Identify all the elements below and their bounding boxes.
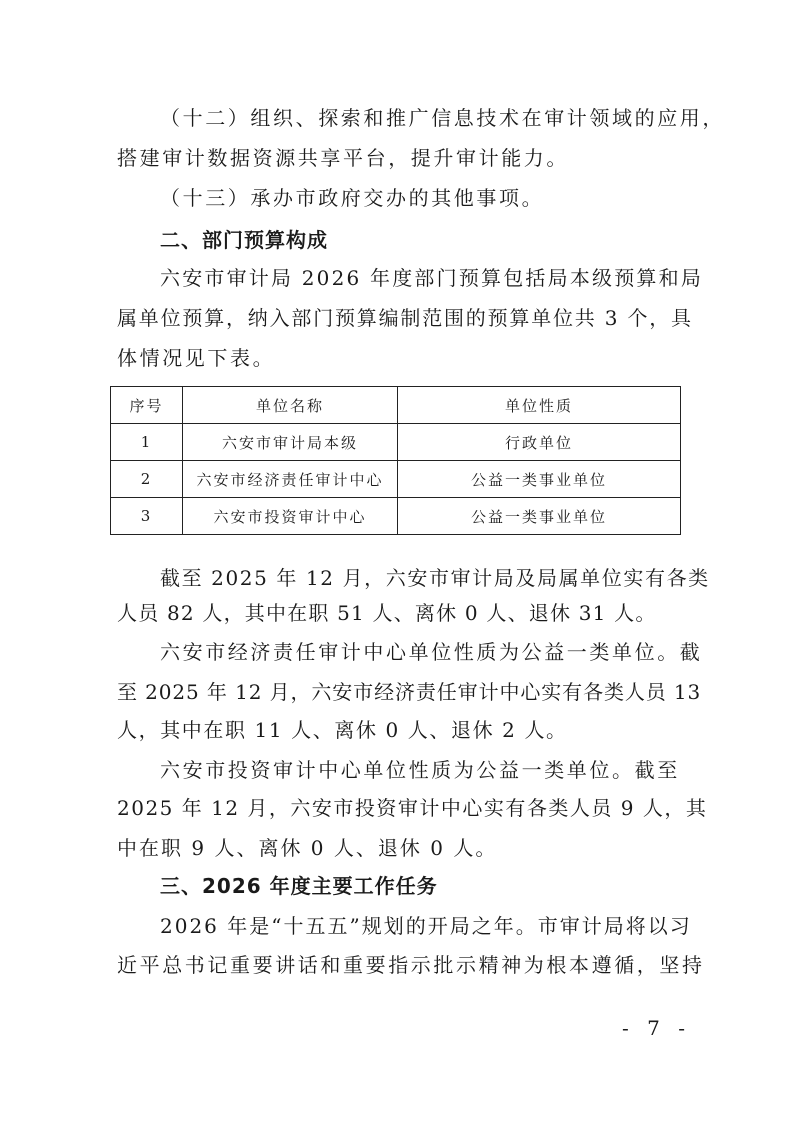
table-cell: 1	[111, 424, 183, 461]
paragraph-line: （十二）组织、探索和推广信息技术在审计领域的应用，	[160, 104, 720, 132]
paragraph-line: （十三）承办市政府交办的其他事项。	[160, 184, 720, 212]
page-number: - 7 -	[622, 1016, 691, 1040]
table-row: 3 六安市投资审计中心 公益一类事业单位	[111, 498, 681, 535]
paragraph-line: 至 2025 年 12 月，六安市经济责任审计中心实有各类人员 13	[117, 678, 677, 706]
table-cell: 公益一类事业单位	[398, 461, 681, 498]
section-heading: 二、部门预算构成	[160, 226, 720, 254]
paragraph-line: 六安市投资审计中心单位性质为公益一类单位。截至	[160, 756, 720, 784]
paragraph-line: 2025 年 12 月，六安市投资审计中心实有各类人员 9 人，其	[117, 794, 677, 822]
budget-units-table: 序号 单位名称 单位性质 1 六安市审计局本级 行政单位 2 六安市经济责任审计…	[110, 386, 681, 535]
paragraph-line: 体情况见下表。	[117, 344, 677, 372]
table-cell: 3	[111, 498, 183, 535]
paragraph-line: 搭建审计数据资源共享平台，提升审计能力。	[117, 144, 677, 172]
paragraph-line: 人，其中在职 11 人、离休 0 人、退休 2 人。	[117, 716, 677, 744]
paragraph-line: 人员 82 人，其中在职 51 人、离休 0 人、退休 31 人。	[117, 599, 677, 627]
table-cell: 六安市审计局本级	[183, 424, 398, 461]
paragraph-line: 中在职 9 人、离休 0 人、退休 0 人。	[117, 834, 677, 862]
table-header-cell: 单位性质	[398, 387, 681, 424]
paragraph-line: 2026 年是“十五五”规划的开局之年。市审计局将以习	[160, 912, 720, 940]
section-heading: 三、2026 年度主要工作任务	[160, 872, 720, 900]
paragraph-line: 近平总书记重要讲话和重要指示批示精神为根本遵循，坚持	[117, 951, 677, 979]
table-header-row: 序号 单位名称 单位性质	[111, 387, 681, 424]
table-cell: 公益一类事业单位	[398, 498, 681, 535]
table-cell: 行政单位	[398, 424, 681, 461]
paragraph-line: 属单位预算，纳入部门预算编制范围的预算单位共 3 个，具	[117, 304, 677, 332]
table-cell: 2	[111, 461, 183, 498]
table-cell: 六安市经济责任审计中心	[183, 461, 398, 498]
table-row: 2 六安市经济责任审计中心 公益一类事业单位	[111, 461, 681, 498]
paragraph-line: 六安市经济责任审计中心单位性质为公益一类单位。截	[160, 638, 720, 666]
paragraph-line: 截至 2025 年 12 月，六安市审计局及局属单位实有各类	[160, 564, 720, 592]
paragraph-line: 六安市审计局 2026 年度部门预算包括局本级预算和局	[160, 264, 720, 292]
table-header-cell: 单位名称	[183, 387, 398, 424]
table-cell: 六安市投资审计中心	[183, 498, 398, 535]
table-header-cell: 序号	[111, 387, 183, 424]
table-row: 1 六安市审计局本级 行政单位	[111, 424, 681, 461]
